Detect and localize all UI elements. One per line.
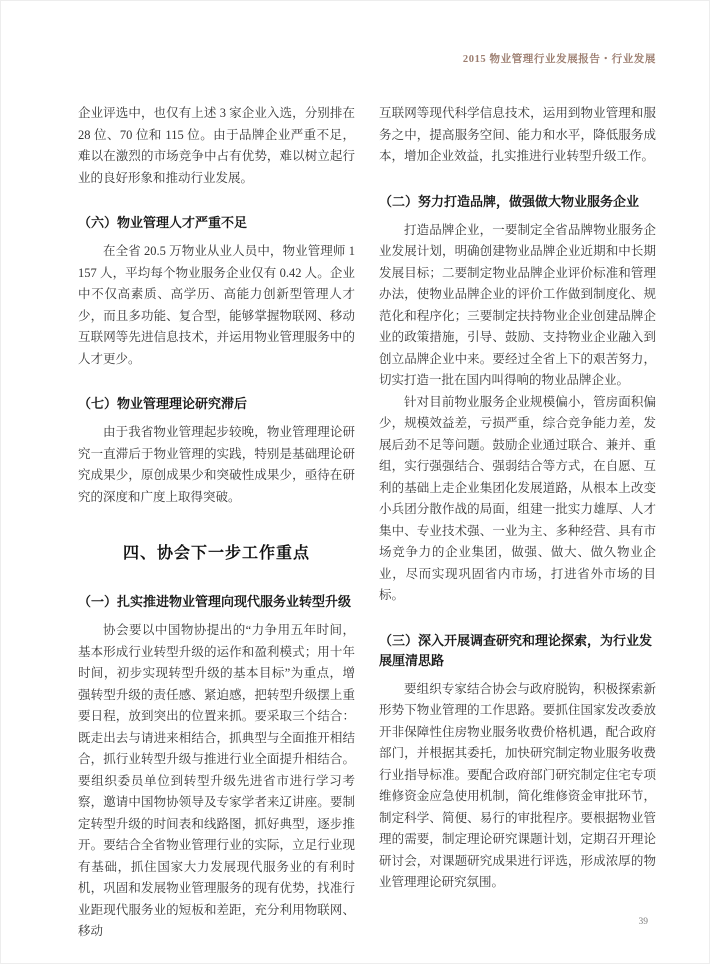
section-2-paragraph-1: 打造品牌企业，一要制定全省品牌物业服务企业发展计划，明确创建物业品牌企业近期和中… xyxy=(379,220,656,392)
paragraph-continuation: 互联网等现代科学信息技术，运用到物业管理和服务之中，提高服务空间、能力和水平，降… xyxy=(379,103,656,168)
section-heading-1: （一）扎实推进物业管理向现代服务业转型升级 xyxy=(78,592,355,612)
running-title: 2015 物业管理行业发展报告・行业发展 xyxy=(463,54,656,65)
chapter-heading: 四、协会下一步工作重点 xyxy=(78,542,355,566)
right-column: 互联网等现代科学信息技术，运用到物业管理和服务之中，提高服务空间、能力和水平，降… xyxy=(379,103,656,894)
left-column: 企业评选中，也仅有上述 3 家企业入选，分别排在 28 位、70 位和 115 … xyxy=(78,103,355,943)
document-page: 2015 物业管理行业发展报告・行业发展 企业评选中，也仅有上述 3 家企业入选… xyxy=(0,0,710,964)
section-1-paragraph: 协会要以中国物协提出的“力争用五年时间，基本形成行业转型升级的运作和盈利模式；用… xyxy=(78,620,355,943)
section-2-paragraph-2: 针对目前物业服务企业规模偏小，管房面积偏少，规模效益差，亏损严重，综合竞争能力差… xyxy=(379,392,656,607)
section-3-paragraph: 要组织专家结合协会与政府脱钩，积极探索新形势下物业管理的工作思路。要抓住国家发改… xyxy=(379,679,656,894)
section-heading-6: （六）物业管理人才严重不足 xyxy=(78,213,355,233)
section-6-paragraph: 在全省 20.5 万物业从业人员中，物业管理师 1157 人，平均每个物业服务企… xyxy=(78,241,355,370)
section-heading-3: （三）深入开展调查研究和理论探索，为行业发展厘清思路 xyxy=(379,631,656,671)
page-number: 39 xyxy=(639,917,649,927)
running-header: 2015 物业管理行业发展报告・行业发展 xyxy=(78,51,656,66)
section-7-paragraph: 由于我省物业管理起步较晚，物业管理理论研究一直滞后于物业管理的实践，特别是基础理… xyxy=(78,422,355,508)
section-heading-7: （七）物业管理理论研究滞后 xyxy=(78,394,355,414)
paragraph-continuation: 企业评选中，也仅有上述 3 家企业入选，分别排在 28 位、70 位和 115 … xyxy=(78,103,355,189)
section-heading-2: （二）努力打造品牌，做强做大物业服务企业 xyxy=(379,192,656,212)
